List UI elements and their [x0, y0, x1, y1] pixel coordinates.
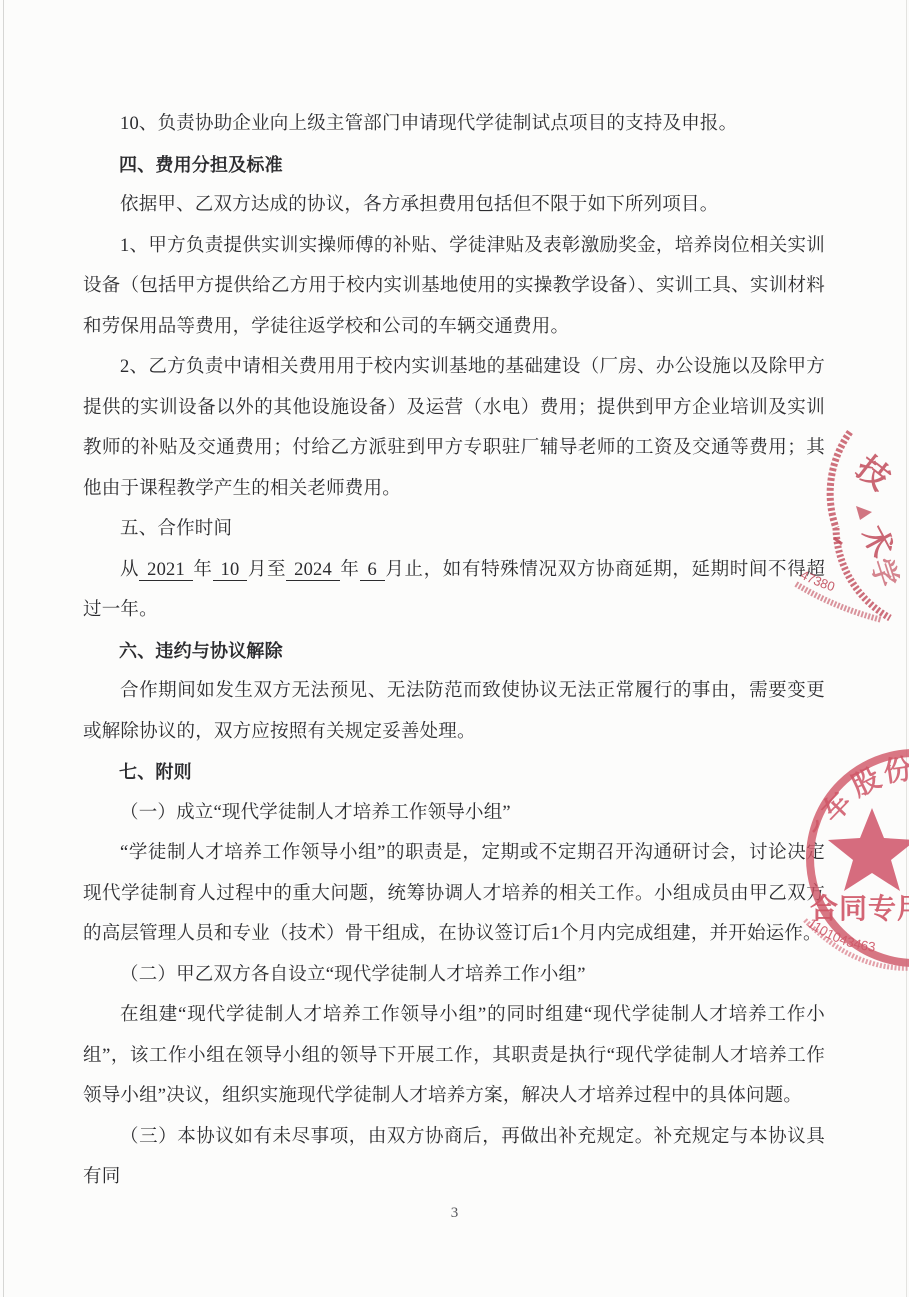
svg-text:学: 学 [865, 555, 903, 591]
document-paragraph: （二）甲乙双方各自设立“现代学徒制人才培养工作小组” [83, 955, 825, 996]
page-number: 3 [0, 1205, 909, 1222]
document-paragraph: （三）本协议如有未尽事项，由双方协商后，再做出补充规定。补充规定与本协议具有同 [83, 1117, 825, 1198]
date-text-run: 月至 [247, 560, 286, 580]
svg-text:份: 份 [882, 753, 909, 788]
section-heading: 六、违约与协议解除 [83, 631, 825, 672]
document-paragraph: “学徒制人才培养工作领导小组”的职责是，定期或不定期召开沟通研讨会，讨论决定现代… [83, 833, 825, 955]
document-body: 10、负责协助企业向上级主管部门申请现代学徒制试点项目的支持及申报。四、费用分担… [83, 104, 825, 1198]
seal-star [828, 808, 909, 891]
date-text-run: 从 [120, 560, 139, 580]
date-blank-value: 6 [360, 560, 385, 581]
document-paragraph: 合作期间如发生双方无法预见、无法防范而致使协议无法正常履行的事由，需要变更或解除… [83, 671, 825, 752]
svg-text:技: 技 [850, 449, 897, 497]
date-text-run: 年 [340, 560, 360, 580]
document-paragraph: 2、乙方负责中请相关费用用于校内实训基地的基础建设（厂房、办公设施以及除甲方提供… [83, 347, 825, 509]
date-blank-value: 10 [213, 560, 248, 581]
date-blank-value: 2021 [139, 560, 193, 581]
date-text-run: 年 [193, 560, 213, 580]
svg-text:术: 术 [855, 520, 899, 563]
section-heading: 四、费用分担及标准 [83, 145, 825, 186]
date-blank-value: 2024 [286, 560, 340, 581]
page-right-edge [906, 0, 907, 1297]
page-left-edge [3, 0, 4, 1297]
document-paragraph: 依据甲、乙双方达成的协议，各方承担费用包括但不限于如下所列项目。 [83, 185, 825, 226]
document-paragraph: 1、甲方负责提供实训实操师傅的补贴、学徒津贴及表彰激励奖金，培养岗位相关实训设备… [83, 226, 825, 348]
svg-text:股: 股 [847, 762, 886, 802]
section-heading: 五、合作时间 [83, 509, 825, 550]
document-paragraph: 从2021年10月至2024年6月止，如有特殊情况双方协商延期，延期时间不得超过… [83, 550, 825, 631]
document-paragraph: 10、负责协助企业向上级主管部门申请现代学徒制试点项目的支持及申报。 [83, 104, 825, 145]
section-heading: 七、附则 [83, 752, 825, 793]
document-paragraph: 在组建“现代学徒制人才培养工作领导小组”的同时组建“现代学徒制人才培养工作小组”… [83, 995, 825, 1117]
document-page: 10、负责协助企业向上级主管部门申请现代学徒制试点项目的支持及申报。四、费用分担… [0, 0, 909, 1297]
seal-star-tip [856, 506, 872, 520]
document-paragraph: （一）成立“现代学徒制人才培养工作领导小组” [83, 793, 825, 834]
